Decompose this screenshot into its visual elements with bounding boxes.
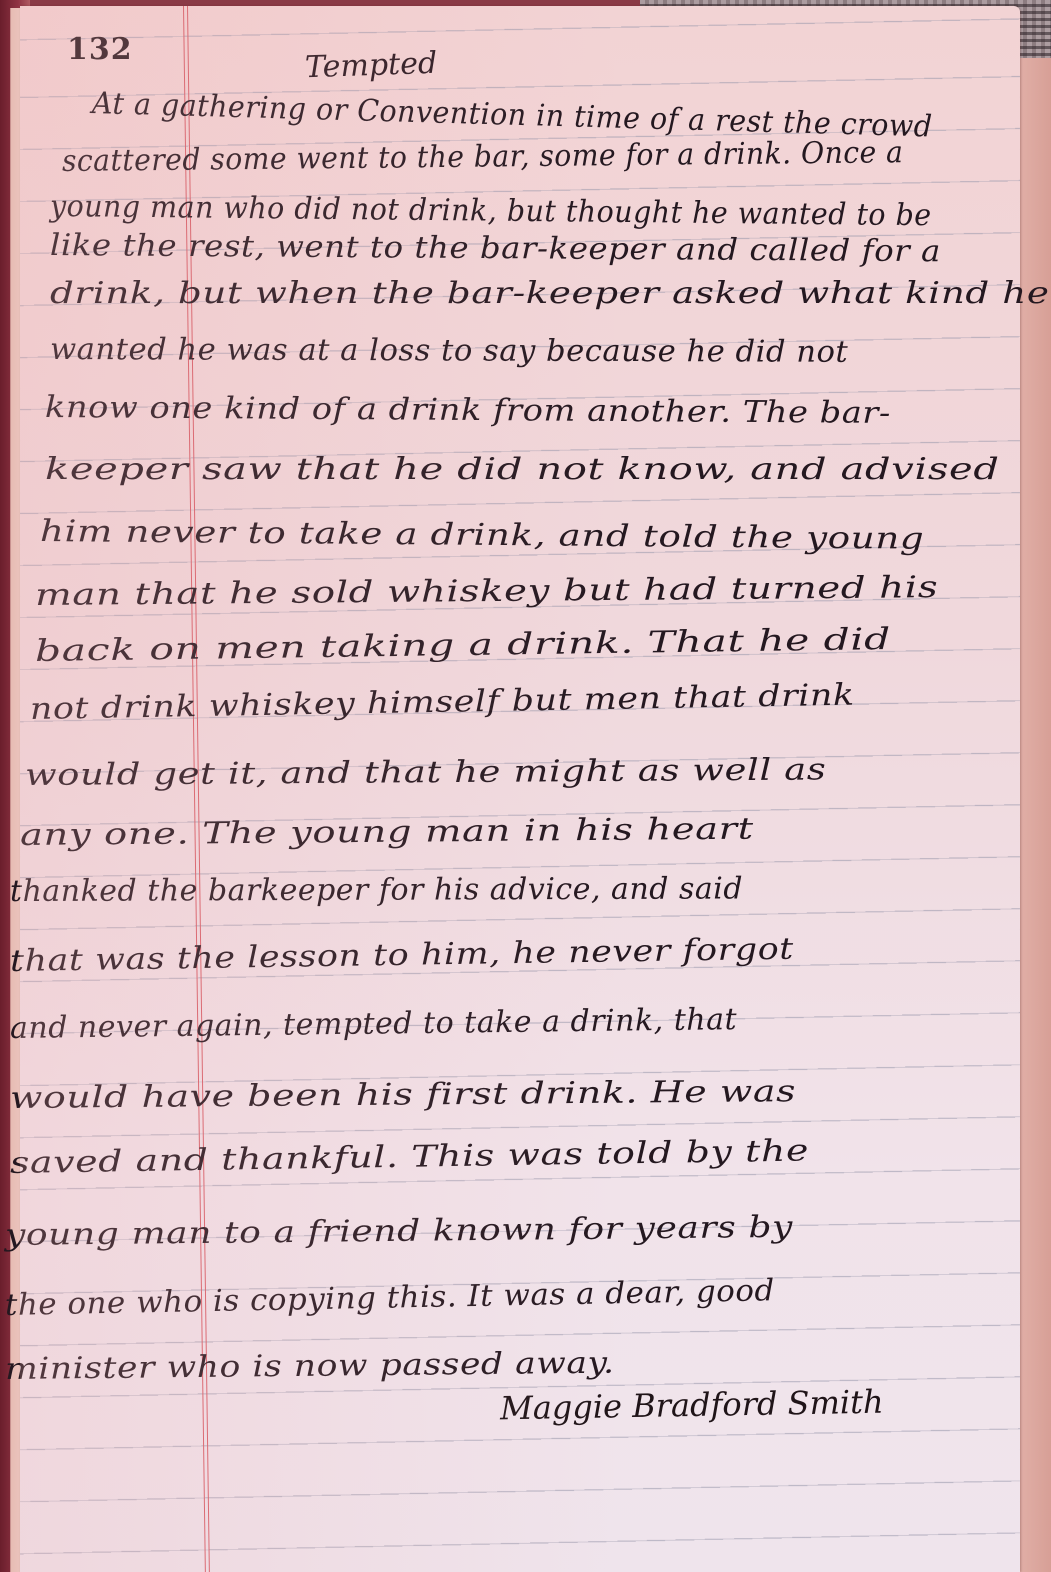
text-line: would have been his first drink. He was: [10, 1074, 796, 1116]
signature: Maggie Bradford Smith: [500, 1383, 884, 1428]
text-line: drink, but when the bar-keeper asked wha…: [50, 276, 1049, 311]
notebook-page: 132 Tempted At a gathering or Convention…: [20, 6, 1020, 1572]
text-line: any one. The young man in his heart: [20, 812, 754, 853]
text-line: wanted he was at a loss to say because h…: [50, 332, 848, 370]
text-line: know one kind of a drink from another. T…: [45, 390, 891, 431]
text-line: minister who is now passed away.: [5, 1346, 615, 1387]
text-line: keeper saw that he did not know, and adv…: [45, 452, 1000, 487]
text-line: like the rest, went to the bar-keeper an…: [50, 228, 941, 269]
page-title: Tempted: [304, 46, 437, 86]
text-line: thanked the barkeeper for his advice, an…: [10, 871, 743, 909]
page-number: 132: [67, 32, 133, 67]
text-line: would get it, and that he might as well …: [25, 752, 827, 793]
